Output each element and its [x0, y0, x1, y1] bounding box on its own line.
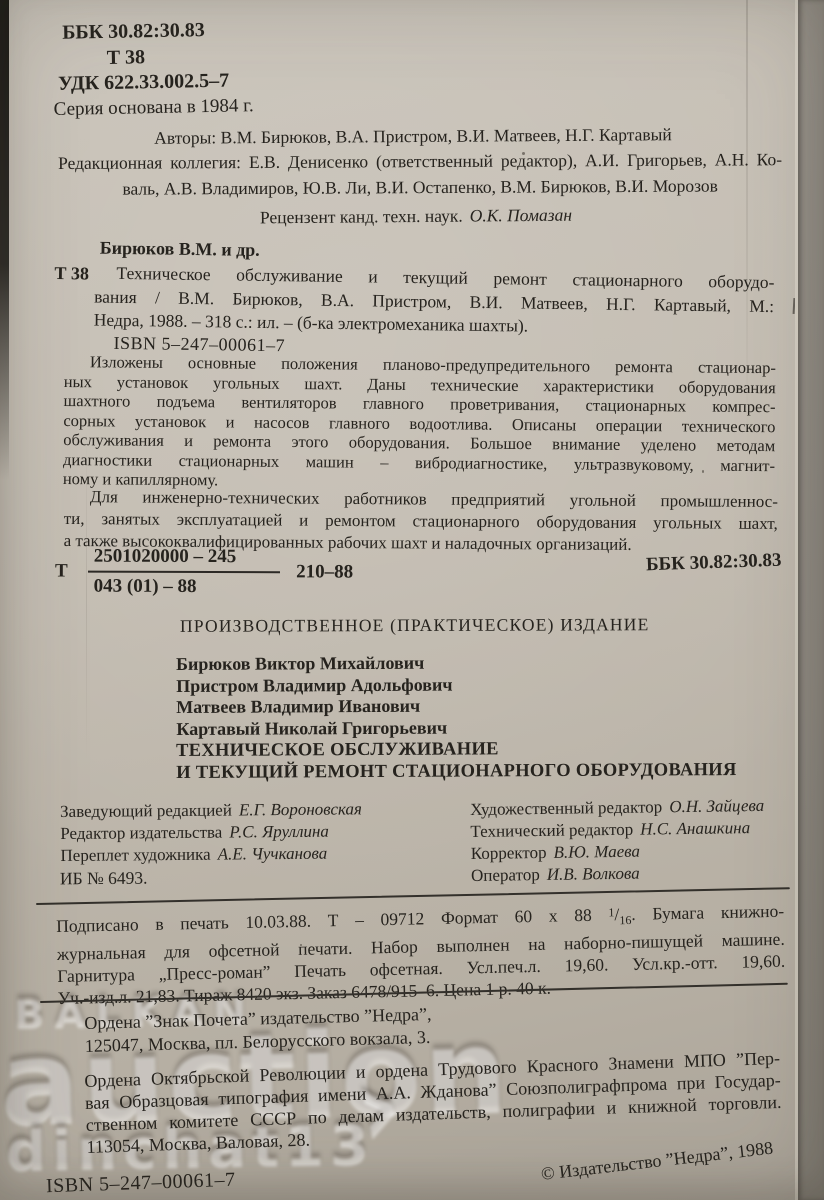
catalog-t-letter: Т — [55, 560, 68, 581]
ib-number: ИБ № 6493. — [60, 868, 148, 890]
author-full-name: Бирюков Виктор Михайлович — [176, 653, 452, 676]
classification-codes: ББК 30.82:30.83 Т 38 УДК 622.33.002.5–7 … — [52, 18, 254, 121]
staff-person-name: А.Е. Чучканова — [218, 844, 328, 864]
reviewer-name: О.К. Помазан — [470, 205, 572, 226]
staff-role-label: Переплет художника — [60, 845, 210, 865]
copyright-line: © Издательство ”Недра”, 1988 — [540, 1138, 774, 1185]
staff-role-label: Редактор издательства — [60, 823, 222, 843]
biblio-heading: Бирюков В.М. и др. — [100, 238, 260, 261]
staff-person-name: О.Н. Зайцева — [669, 796, 764, 816]
series-note: Серия основана в 1984 г. — [53, 95, 253, 121]
author-full-name: Картавый Николай Григорьевич — [176, 717, 452, 740]
catalog-denominator: 043 (01) – 88 — [88, 573, 281, 599]
bbk-code: ББК 30.82:30.83 — [62, 18, 262, 45]
paper-speck — [702, 470, 704, 473]
catalog-fraction: 2501020000 – 245043 (01) – 88 — [88, 546, 281, 599]
reviewer-line: Рецензент канд. техн. наук.О.К. Помазан — [58, 203, 774, 230]
catalog-suffix: 210–88 — [296, 561, 353, 582]
authors-line: Авторы: В.М. Бирюков, В.А. Пристром, В.И… — [55, 124, 771, 150]
reviewer-label: Рецензент канд. техн. наук. — [260, 206, 463, 228]
full-author-names: Бирюков Виктор Михайлович Пристром Влади… — [176, 653, 453, 740]
bibliographic-entry: Бирюков В.М. и др. Т 38 Техническое обсл… — [55, 237, 215, 260]
staff-column-right: Художественный редакторО.Н. Зайцева Техн… — [470, 795, 765, 887]
author-full-name: Пристром Владимир Адольфович — [176, 674, 452, 697]
staff-person-name: Р.С. Яруллина — [229, 822, 329, 842]
biblio-index: Т 38 — [54, 263, 89, 284]
staff-person-name: В.Ю. Маева — [553, 842, 640, 862]
staff-role-label: Оператор — [471, 865, 540, 885]
catalog-number: Т2501020000 – 245043 (01) – 88210–88 — [55, 545, 353, 598]
editorial-board-line: валь, А.В. Владимиров, Ю.В. Ли, В.И. Ост… — [58, 175, 782, 200]
t-index: Т 38 — [106, 43, 306, 70]
staff-person-name: Е.Г. Вороновская — [239, 799, 362, 819]
format-fraction-denominator: 16 — [619, 913, 631, 927]
staff-role-label: Технический редактор — [470, 820, 633, 841]
bbk-code-repeat: ББК 30.82:30.83 — [646, 550, 782, 577]
staff-role-label: Корректор — [471, 843, 547, 863]
udk-code: УДК 622.33.002.5–7 — [58, 69, 258, 96]
catalog-numerator: 2501020000 – 245 — [88, 546, 281, 574]
staff-role-label: Заведующий редакцией — [60, 801, 232, 821]
editorial-board-line: Редакционная коллегия: Е.В. Денисенко (о… — [58, 149, 782, 174]
print-info-text: . Бумага книжно- — [631, 901, 784, 924]
photo-left-shadow-edge — [0, 0, 9, 480]
annotation-paragraph-1: Изложены основные положения планово-пред… — [63, 352, 776, 495]
book-title-line: И ТЕКУЩИЙ РЕМОНТ СТАЦИОНАРНОГО ОБОРУДОВА… — [176, 759, 737, 784]
edition-type: ПРОИЗВОДСТВЕННОЕ (ПРАКТИЧЕСКОЕ) ИЗДАНИЕ — [180, 614, 650, 637]
print-info-text: Подписано в печать 10.03.88. Т – 09712 Ф… — [56, 904, 609, 936]
staff-person-name: Н.С. Анашкина — [640, 818, 750, 839]
book-title: ТЕХНИЧЕСКОЕ ОБСЛУЖИВАНИЕ И ТЕКУЩИЙ РЕМОН… — [176, 737, 737, 784]
paper-speck — [522, 152, 525, 155]
editorial-board: Редакционная коллегия: Е.В. Денисенко (о… — [58, 149, 782, 200]
paper-speck — [300, 944, 302, 946]
staff-role-label: Художественный редактор — [470, 797, 662, 819]
book-title-line: ТЕХНИЧЕСКОЕ ОБСЛУЖИВАНИЕ — [176, 737, 737, 762]
book-imprint-page-photo: BALKAN auction dinchat13 › ББК 30.82:30.… — [0, 0, 824, 1200]
author-full-name: Матвеев Владимир Иванович — [176, 696, 452, 719]
staff-column-left: Заведующий редакциейЕ.Г. Вороновская Ред… — [60, 798, 362, 867]
publisher-address: Ордена ”Знак Почета” издательство ”Недра… — [84, 1003, 432, 1058]
book-fore-edge — [798, 0, 824, 1200]
staff-person-name: И.В. Волкова — [547, 864, 640, 884]
